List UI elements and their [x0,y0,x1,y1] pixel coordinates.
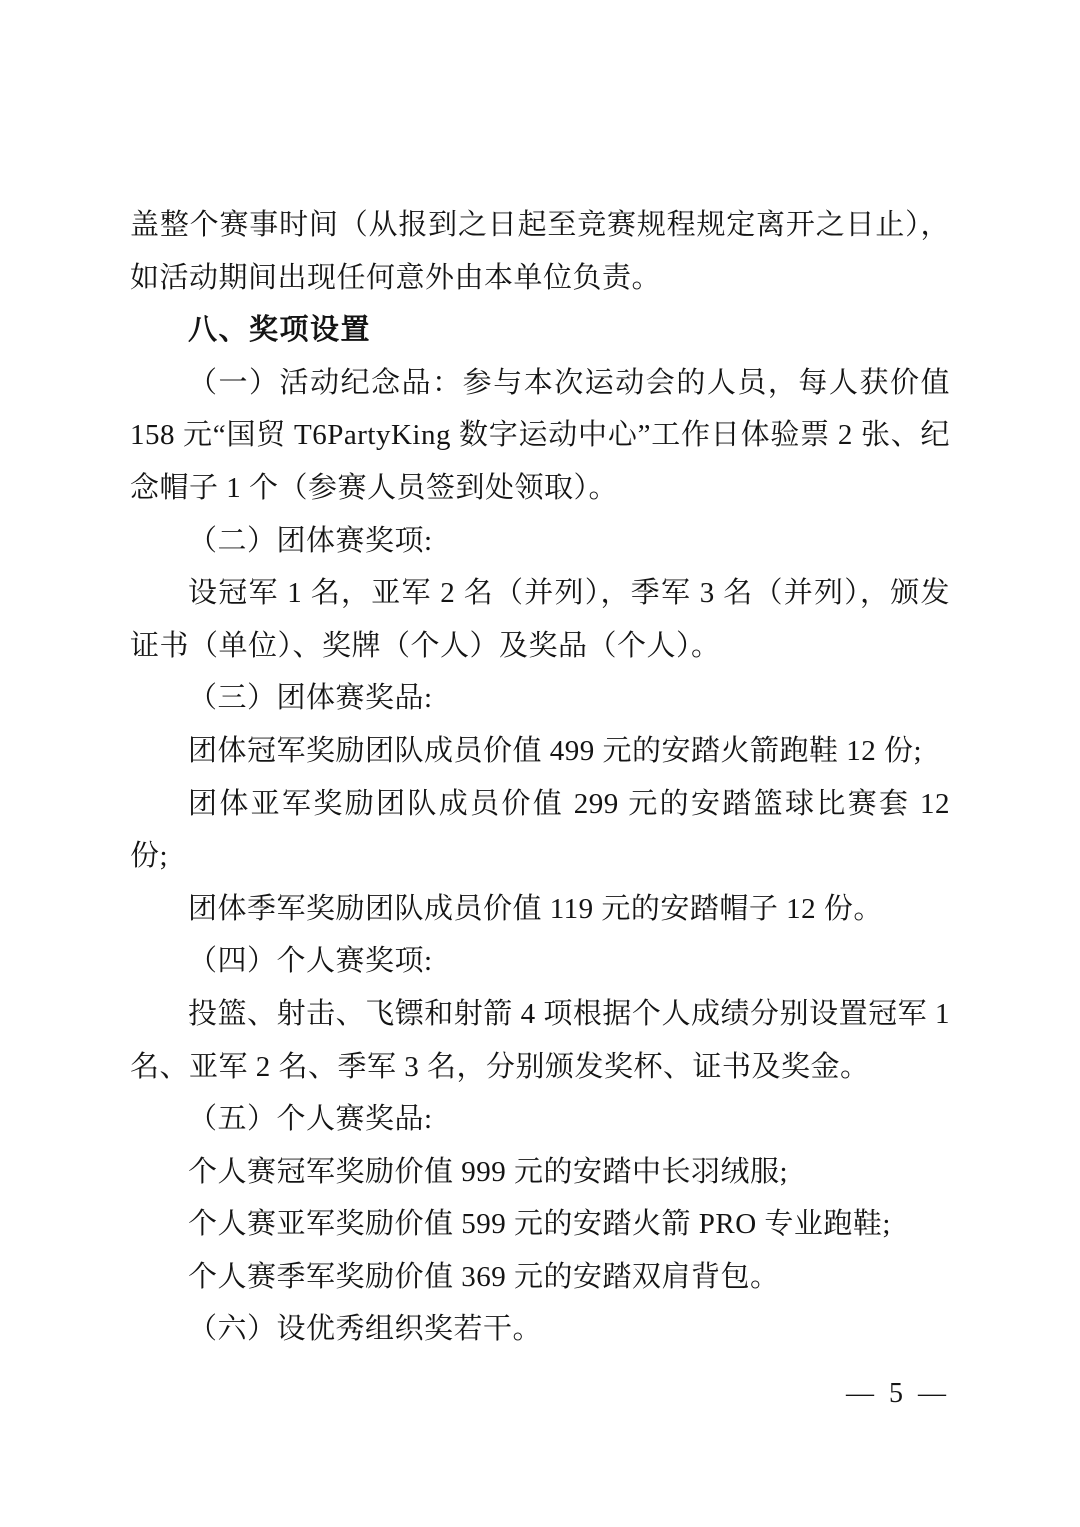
text-line: 盖整个赛事时间（从报到之日起至竞赛规程规定离开之日止）， [130,199,950,252]
text-line: 投篮、射击、飞镖和射箭 4 项根据个人成绩分别设置冠军 1 [130,988,950,1041]
text-line: 如活动期间出现任何意外由本单位负责。 [130,252,950,305]
section-heading-awards: 八、奖项设置 [130,304,950,357]
text-line: 个人赛亚军奖励价值 599 元的安踏火箭 PRO 专业跑鞋; [130,1198,950,1251]
subsection-heading: （四）个人赛奖项: [130,935,950,988]
text-line: 念帽子 1 个（参赛人员签到处领取）。 [130,462,950,515]
text-line: 团体冠军奖励团队成员价值 499 元的安踏火箭跑鞋 12 份; [130,725,950,778]
subsection-heading: （三）团体赛奖品: [130,672,950,725]
subsection-heading: （二）团体赛奖项: [130,515,950,568]
text-line: 团体亚军奖励团队成员价值 299 元的安踏篮球比赛套 12 [130,778,950,831]
text-line: 设冠军 1 名，亚军 2 名（并列），季军 3 名（并列），颁发 [130,567,950,620]
text-line: 个人赛季军奖励价值 369 元的安踏双肩背包。 [130,1251,950,1304]
text-line: 份; [130,830,950,883]
text-line: （一）活动纪念品：参与本次运动会的人员，每人获价值 [130,357,950,410]
text-line: 名、亚军 2 名、季军 3 名，分别颁发奖杯、证书及奖金。 [130,1041,950,1094]
text-line: （六）设优秀组织奖若干。 [130,1303,950,1356]
text-line: 证书（单位）、奖牌（个人）及奖品（个人）。 [130,620,950,673]
subsection-heading: （五）个人赛奖品: [130,1093,950,1146]
page-number: — 5 — [846,1376,950,1412]
text-line: 个人赛冠军奖励价值 999 元的安踏中长羽绒服; [130,1146,950,1199]
document-body: 盖整个赛事时间（从报到之日起至竞赛规程规定离开之日止）， 如活动期间出现任何意外… [130,199,950,1356]
text-line: 158 元“国贸 T6PartyKing 数字运动中心”工作日体验票 2 张、纪 [130,409,950,462]
text-line: 团体季军奖励团队成员价值 119 元的安踏帽子 12 份。 [130,883,950,936]
